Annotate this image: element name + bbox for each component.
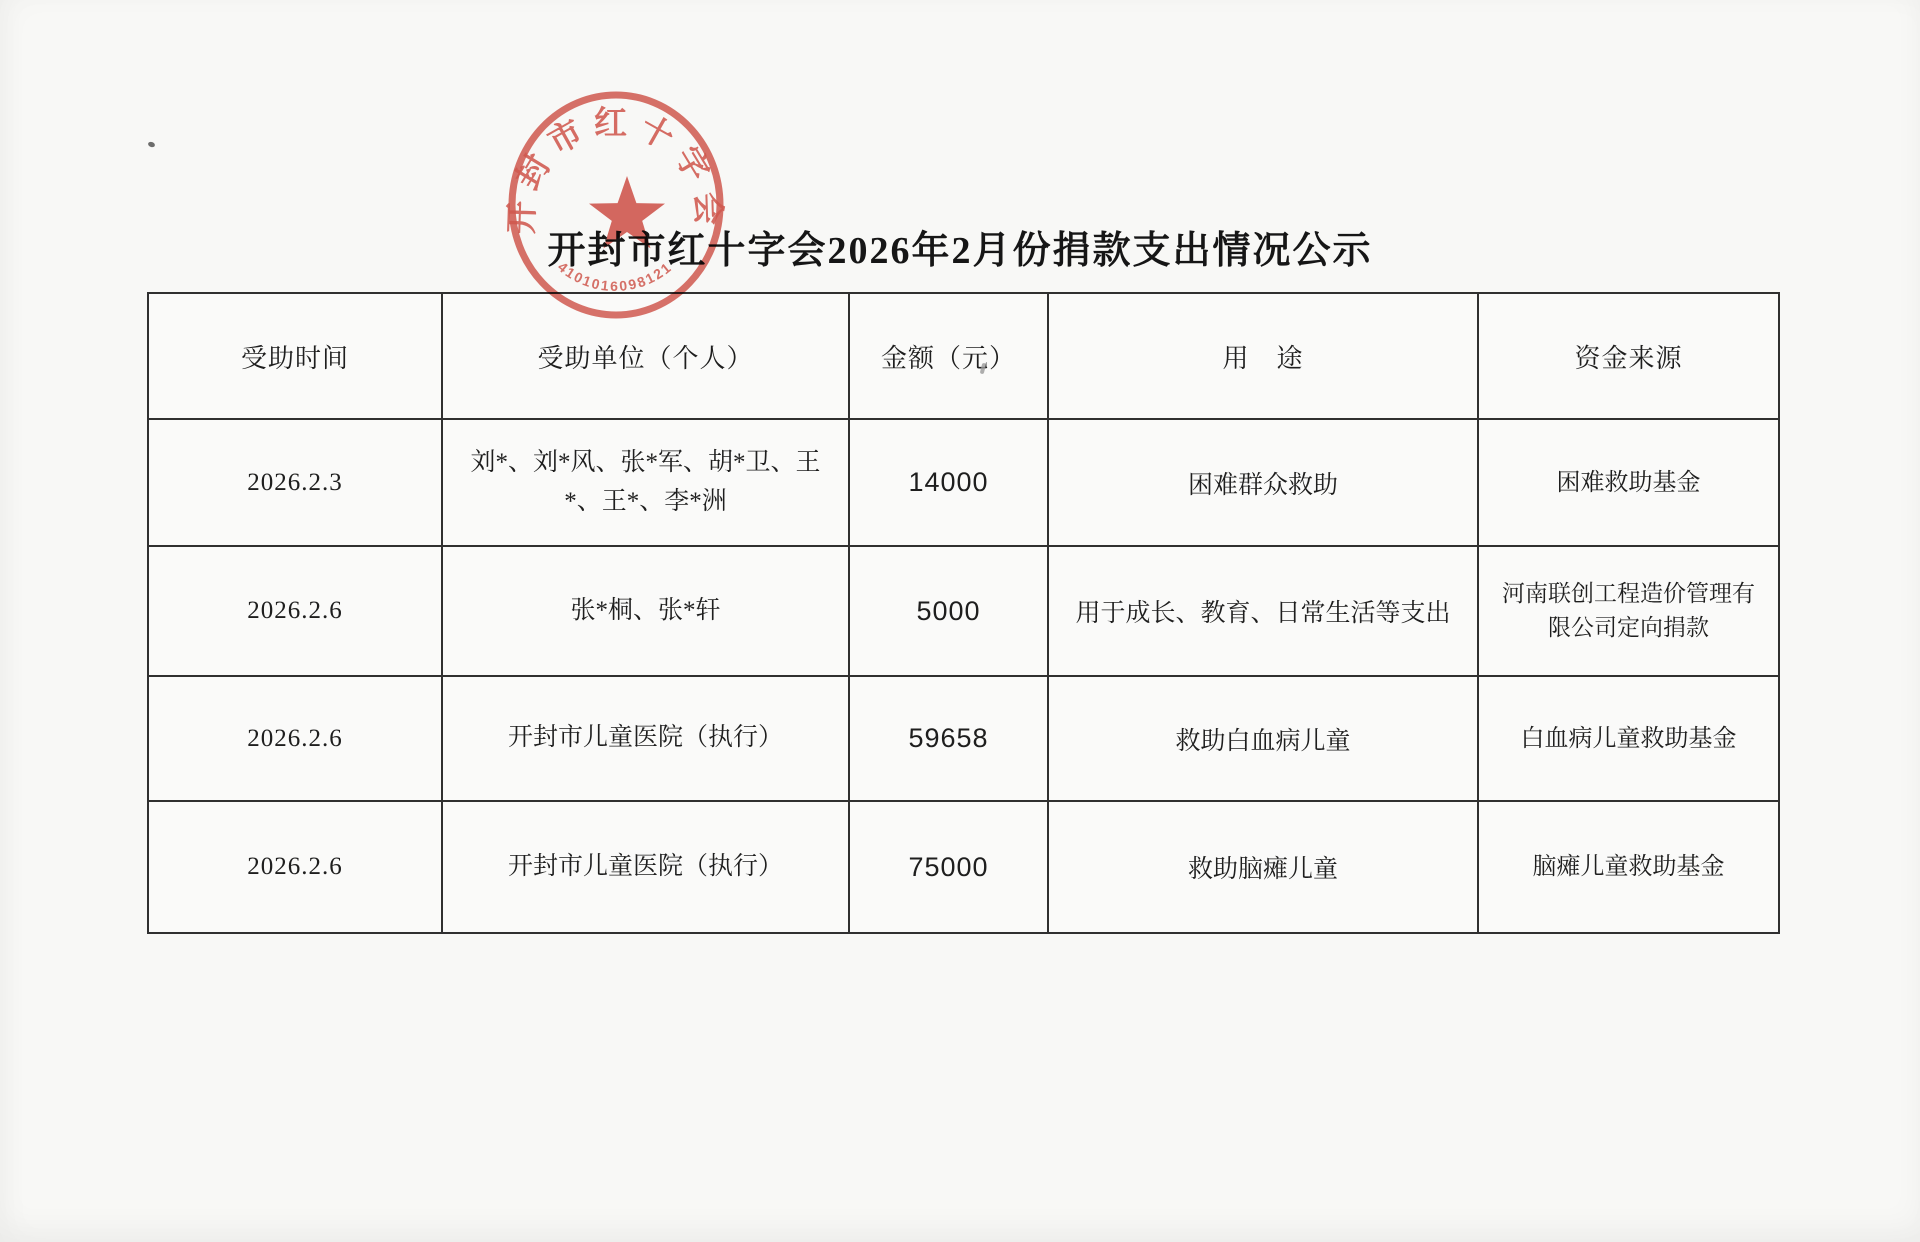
header-date: 受助时间: [148, 293, 442, 419]
page-title: 开封市红十字会2026年2月份捐款支出情况公示: [0, 219, 1920, 274]
cell-purpose: 救助白血病儿童: [1048, 676, 1478, 801]
seal-ring: [512, 95, 720, 315]
header-amount: 金额（元）: [849, 293, 1048, 419]
table-row: 2026.2.6 开封市儿童医院（执行） 75000 救助脑瘫儿童 脑瘫儿童救助…: [148, 801, 1779, 933]
header-recipient: 受助单位（个人）: [442, 293, 849, 419]
cell-fund-source: 河南联创工程造价管理有限公司定向捐款: [1478, 546, 1779, 676]
cell-purpose: 救助脑瘫儿童: [1048, 801, 1478, 933]
table-row: 2026.2.6 开封市儿童医院（执行） 59658 救助白血病儿童 白血病儿童…: [148, 676, 1779, 801]
header-purpose: 用 途: [1048, 293, 1478, 419]
cell-fund-source: 脑瘫儿童救助基金: [1478, 801, 1779, 933]
red-seal-stamp: 开封市红十字会 4101016098121: [503, 88, 731, 322]
cell-date: 2026.2.6: [148, 676, 442, 801]
cell-recipient: 刘*、刘*风、张*军、胡*卫、王*、王*、李*洲: [442, 419, 849, 546]
cell-amount: 75000: [849, 801, 1048, 933]
cell-date: 2026.2.3: [148, 419, 442, 546]
cell-amount: 5000: [849, 546, 1048, 676]
seal-ring-text: 开封市红十字会: [503, 104, 728, 235]
header-fund-source: 资金来源: [1478, 293, 1779, 419]
cell-recipient: 开封市儿童医院（执行）: [442, 801, 849, 933]
cell-fund-source: 白血病儿童救助基金: [1478, 676, 1779, 801]
cell-recipient: 张*桐、张*轩: [442, 546, 849, 676]
cell-fund-source: 困难救助基金: [1478, 419, 1779, 546]
table-row: 2026.2.6 张*桐、张*轩 5000 用于成长、教育、日常生活等支出 河南…: [148, 546, 1779, 676]
cell-recipient: 开封市儿童医院（执行）: [442, 676, 849, 801]
cell-amount: 59658: [849, 676, 1048, 801]
cell-purpose: 用于成长、教育、日常生活等支出: [1048, 546, 1478, 676]
table-header-row: 受助时间 受助单位（个人） 金额（元） 用 途 资金来源: [148, 293, 1779, 419]
cell-date: 2026.2.6: [148, 546, 442, 676]
donation-table: 受助时间 受助单位（个人） 金额（元） 用 途 资金来源 2026.2.3 刘*…: [147, 292, 1780, 934]
table-row: 2026.2.3 刘*、刘*风、张*军、胡*卫、王*、王*、李*洲 14000 …: [148, 419, 1779, 546]
cell-amount: 14000: [849, 419, 1048, 546]
cell-date: 2026.2.6: [148, 801, 442, 933]
scan-artifact-dot: [147, 141, 155, 148]
cell-purpose: 困难群众救助: [1048, 419, 1478, 546]
